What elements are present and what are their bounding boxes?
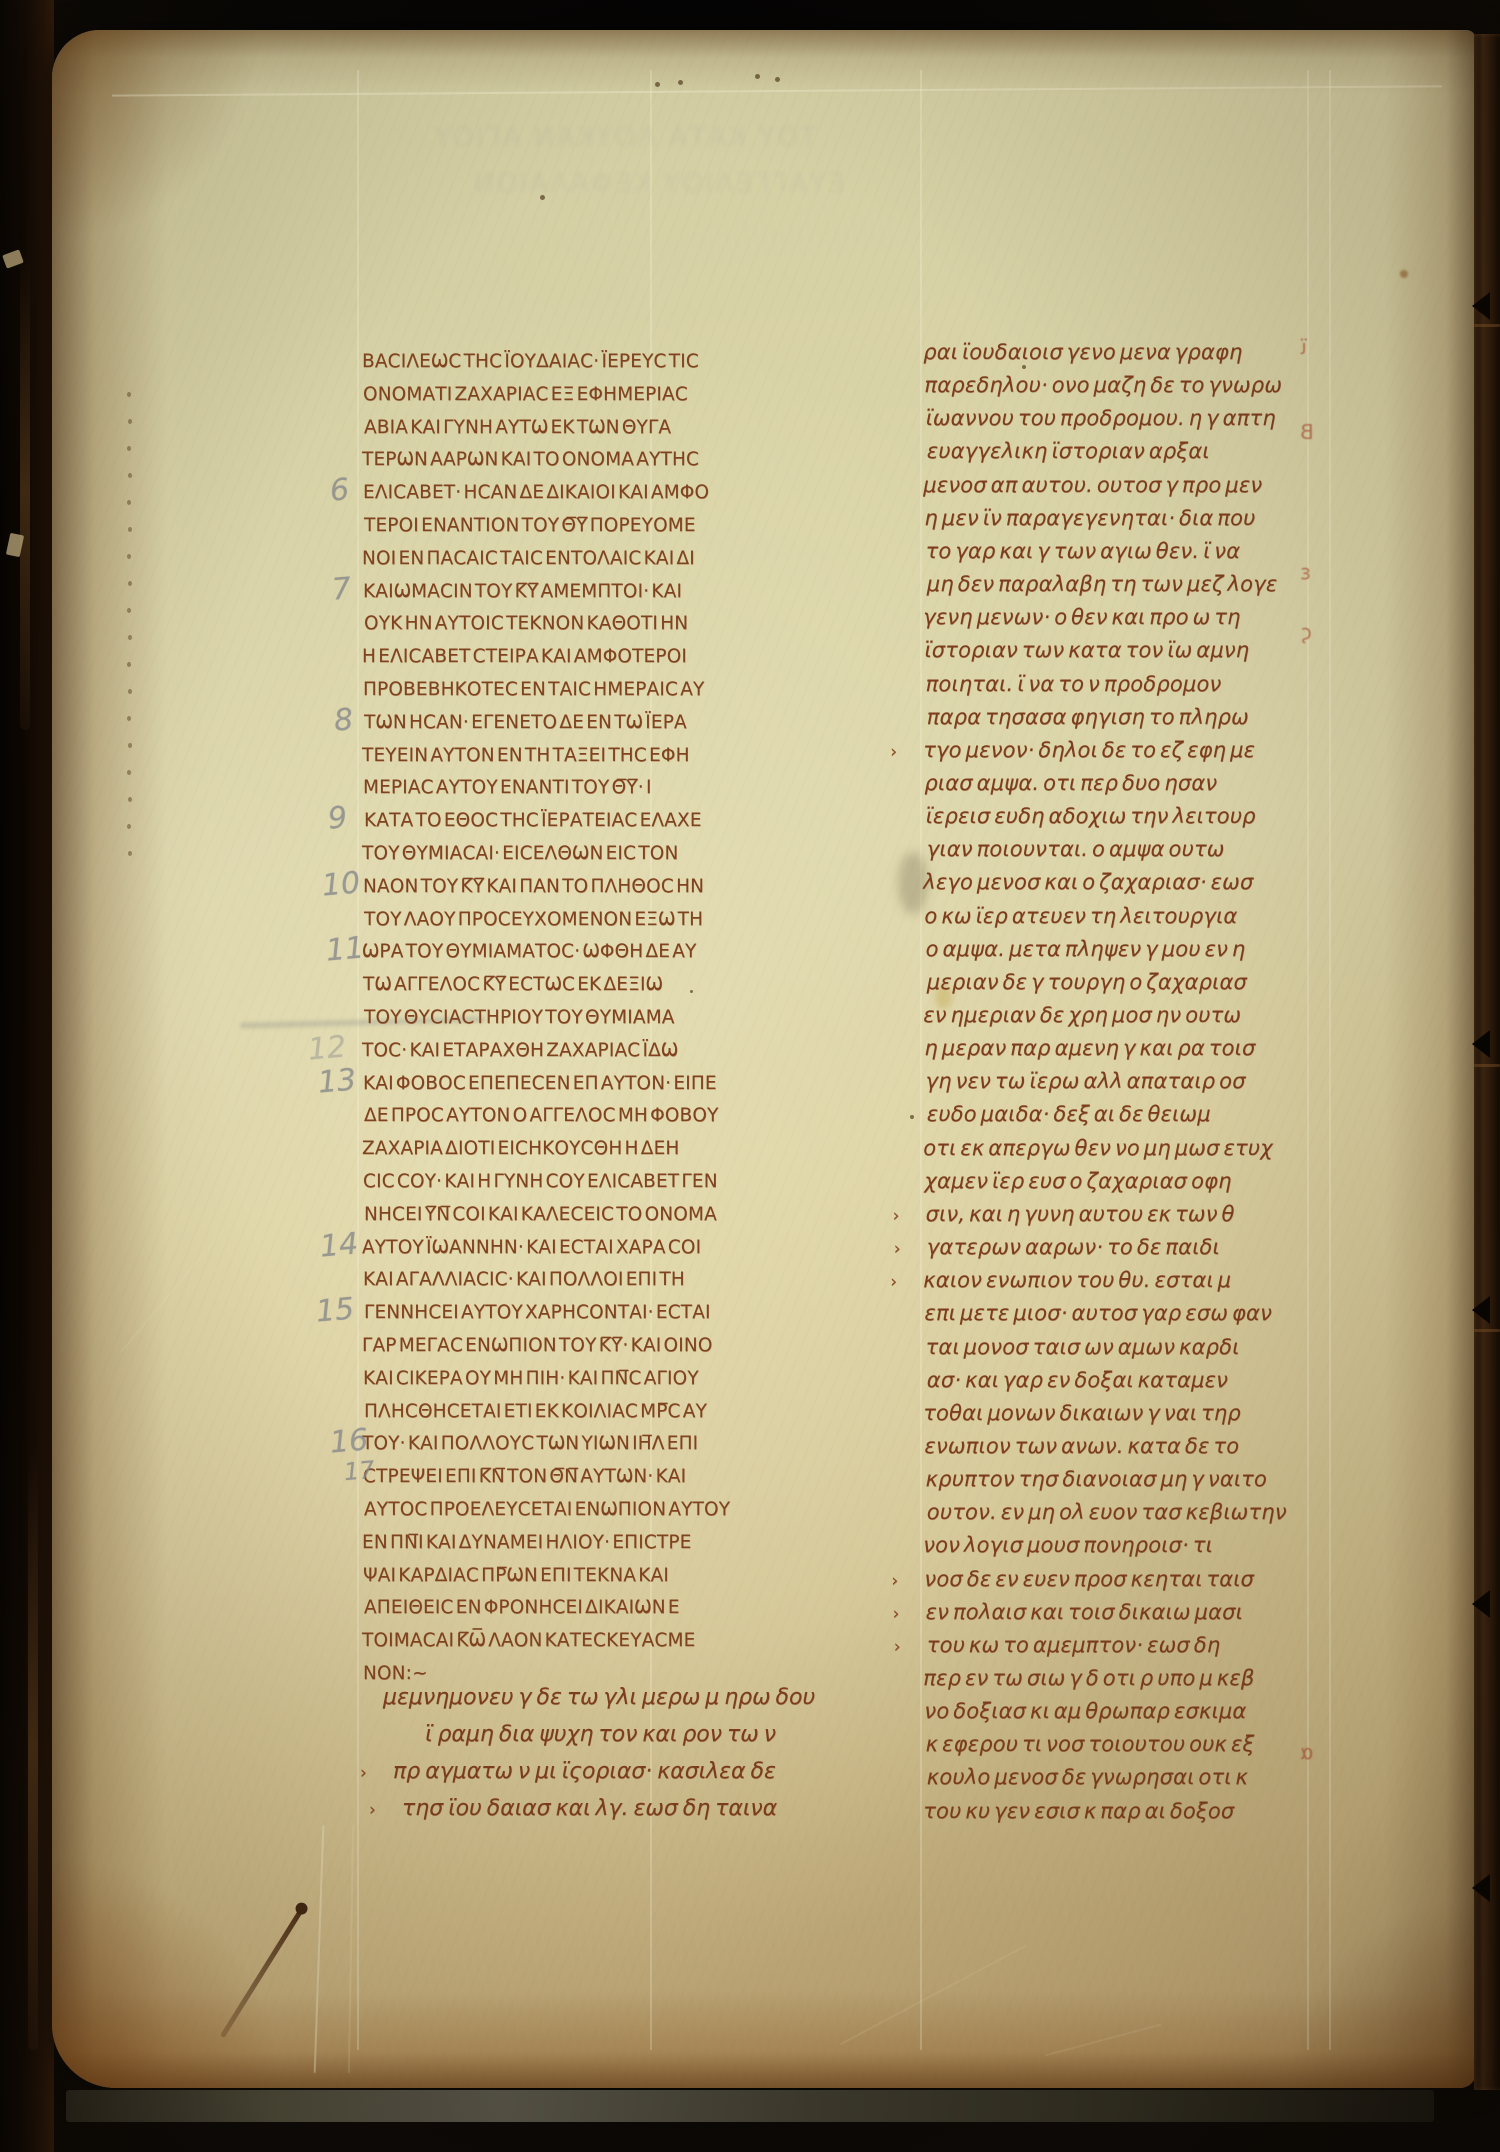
uncial-line: ΤΟΥ ΘΥϹΙΑϹΤΗΡΙΟΥ ΤΟΥ ΘΥΜΙΑΜΑ [364,1006,675,1028]
quire-ridge [1474,1329,1500,1332]
commentary-line: παρα τησασα φηγιση το πληρω [927,705,1249,729]
manuscript-page: ΤΟΥ ΚΑΤΑ ΛΟΥΚΑΝ ΑΓΙΟΥ ΕΥΑΓΓΕΛΙΟΥ ΚΕΦΑΛΑΙ… [52,30,1476,2088]
scratch-line [1045,2024,1161,2057]
show-through-text: ΕΥΑΓΓΕΛΙΟΥ ΚΕΦΑΛΑΙΟΝ [472,168,845,199]
binding-leaf-edge [28,1450,38,2050]
pricking-hole [128,797,132,802]
commentary-line: χαμεν ϊερ ευσ ο ζαχαριασ οφη [924,1169,1231,1193]
pricking-hole [127,824,131,829]
commentary-line: ενωπιον των ανων. κατα δε το [924,1434,1239,1458]
commentary-line: εν ημεριαν δε χρη μοσ ην ουτω [923,1003,1241,1027]
commentary-line: πρ αγματω ν μι ϊςοριασ· κασιλεα δε› [393,1759,776,1784]
commentary-line: τγο μενον· δηλοι δε το εζ εφη με› [923,738,1255,762]
uncial-line: ΤѠΝ ΗϹΑΝ· ΕΓΕΝΕΤΟ ΔΕ ΕΝ ΤѠ ΪΕΡΑ [364,711,687,733]
uncial-line: ΓΑΡ ΜΕΓΑϹ ΕΝѠΠΙΟΝ ΤΟΥ Κ̅Υ̅· ΚΑΙ ΟΙΝΟ [362,1334,713,1356]
diple-mark: › [890,742,897,762]
commentary-line: καιον ενωπιον του θυ. εσται μ› [923,1268,1231,1292]
pricking-hole [128,527,132,532]
uncial-line: ΝΑΟΝ ΤΟΥ Κ̅Υ̅ ΚΑΙ ΠΑΝ ΤΟ ΠΛΗΘΟϹ ΗΝ [363,875,704,897]
uncial-line: ΤΕΥΕΙΝ ΑΥΤΟΝ ΕΝ ΤΗ ΤΑΞΕΙ ΤΗϹ ΕΦΗ [362,744,690,766]
commentary-line: ο κω ϊερ ατευεν τη λειτουργια [924,904,1237,928]
quire-ridge [1474,1064,1500,1067]
verse-number: 9 [327,800,349,837]
commentary-line: ται μονοσ ταισ ων αμων καρδι [926,1335,1240,1359]
commentary-line: μη δεν παραλαβη τη των μεζ λογε [927,572,1278,596]
page-stack-fore-edge [1474,34,1500,2090]
ink-offset-mark: α [1300,1740,1313,1764]
uncial-line: ΤΟΥ ΘΥΜΙΑϹΑΙ· ΕΙϹΕΛΘѠΝ ΕΙϹ ΤΟΝ [362,842,678,864]
commentary-line: ϊερεισ ευδη αδοχιω την λειτουρ [926,804,1256,828]
uncial-line: ΚΑΙ ϹΙΚΕΡΑ ΟΥ ΜΗ ΠΙΗ· ΚΑΙ ΠΝ̅Ϲ ΑΓΙΟΥ [363,1367,699,1389]
commentary-line: γιαν ποιουνται. ο αμψα ουτω [927,837,1225,861]
uncial-line: ΒΑϹΙΛΕѠϹ ΤΗϹ ΪΟΥΔΑΙΑϹ· ΪΕΡΕΥϹ ΤΙϹ [362,350,699,372]
quire-ridge [1474,324,1500,327]
uncial-line: ΓΕΝΝΗϹΕΙ ΑΥΤΟΥ ΧΑΡΗϹΟΝΤΑΙ· ΕϹΤΑΙ [364,1301,711,1323]
uncial-line: ΚΑΙ ΑΓΑΛΛΙΑϹΙϹ· ΚΑΙ ΠΟΛΛΟΙ ΕΠΙ ΤΗ [363,1268,685,1290]
scratch-line [348,1825,354,2073]
diple-mark: › [890,1272,897,1292]
diple-mark: › [369,1800,376,1820]
pricking-hole [127,770,131,775]
quire-notch [1472,1874,1490,1902]
commentary-line: ϊ ραμη δια ψυχη τον και ρον τω ν [425,1722,776,1747]
uncial-line: ΚΑΙѠΜΑϹΙΝ ΤΟΥ Κ̅Υ̅ ΑΜΕΜΠΤΟΙ· ΚΑΙ [363,580,682,602]
uncial-line: ΠΡΟΒΕΒΗΚΟΤΕϹ ΕΝ ΤΑΙϹ ΗΜΕΡΑΙϹ ΑΥ [363,678,704,700]
commentary-line: το γαρ και γ των αγιω θεν. ϊ να [926,539,1241,563]
uncial-line: ΜΕΡΙΑϹ ΑΥΤΟΥ ΕΝΑΝΤΙ ΤΟΥ Θ̅Υ̅· Ι [363,776,652,798]
commentary-line: επι μετε μιοσ· αυτοσ γαρ εσω φαν [924,1301,1272,1325]
commentary-line: ουτον. εν μη ολ ευον τασ κεβιωτην [927,1500,1287,1524]
show-through-text: ΤΟΥ ΚΑΤΑ ΛΟΥΚΑΝ ΑΓΙΟΥ [432,122,817,153]
pricking-hole [127,446,131,451]
pricking-hole [127,500,131,505]
ink-offset-mark: ε [1300,560,1311,584]
commentary-line: η μεραν παρ αμενη γ και ρα τοισ [924,1036,1255,1060]
uncial-line: ΟΥΚ ΗΝ ΑΥΤΟΙϹ ΤΕΚΝΟΝ ΚΑΘΟΤΙ ΗΝ [364,612,688,634]
uncial-line: ΤΟϹ· ΚΑΙ ΕΤΑΡΑΧΘΗ ΖΑΧΑΡΙΑϹ ΪΔѠ [362,1039,678,1061]
uncial-line: ΟΝΟΜΑΤΙ ΖΑΧΑΡΙΑϹ ΕΞ ΕΦΗΜΕΡΙΑϹ [363,383,688,405]
commentary-line: νον λογισ μουσ πονηροισ· τι [923,1533,1213,1557]
speck [775,77,780,82]
quire-notch [1472,1590,1490,1618]
uncial-line: ΖΑΧΑΡΙΑ ΔΙΟΤΙ ΕΙϹΗΚΟΥϹΘΗ Η ΔΕΗ [362,1137,679,1159]
manuscript-photo: { "page": { "left_column": { "lines": [ … [0,0,1500,2152]
uncial-line: ѠΡΑ ΤΟΥ ΘΥΜΙΑΜΑΤΟϹ· ѠΦΘΗ ΔΕ ΑΥ [362,940,697,962]
ink-offset-mark: ς [1300,620,1312,644]
verse-number: 8 [333,702,355,739]
commentary-line: σιν, και η γυνη αυτου εκ των θ› [926,1202,1235,1226]
uncial-line: ΕΝ ΠΝ̅Ι ΚΑΙ ΔΥΝΑΜΕΙ ΗΛΙΟΥ· ΕΠΙϹΤΡΕ [362,1531,692,1553]
pricking-hole [127,392,131,397]
pricking-hole [128,581,132,586]
commentary-line: κρυπτον τησ διανοιασ μη γ ναιτο [926,1467,1267,1491]
uncial-line: ΤѠ ΑΓΓΕΛΟϹ Κ̅Υ̅ ΕϹΤѠϹ ΕΚ ΔΕΞΙѠ [363,973,663,995]
commentary-line: ασ· και γαρ εν δοξαι καταμεν [927,1368,1228,1392]
uncial-line: ΤΟΥ ΛΑΟΥ ΠΡΟϹΕΥΧΟΜΕΝΟΝ ΕΞѠ ΤΗ [364,908,703,930]
pricking-hole [127,662,131,667]
lower-page-edges [66,2090,1434,2122]
commentary-line: ο αμψα. μετα πληψεν γ μου εν η [926,937,1246,961]
commentary-line: μεμνημονευ γ δε τω γλι μερω μ ηρω δου [383,1685,815,1710]
ruling-line [1329,70,1331,2050]
ink-offset-mark: ϊ [1300,335,1307,359]
diple-mark: › [891,1571,898,1591]
verse-number: 6 [329,472,351,509]
verse-number: 14 [319,1226,360,1264]
quire-notch [1472,292,1490,320]
diple-mark: › [360,1763,367,1783]
commentary-line: εν πολαισ και τοισ δικαιω μασι› [926,1600,1243,1624]
commentary-line: ευδο μαιδα· δεξ αι δε θειωμ [927,1102,1211,1126]
verse-number: 16 [329,1423,370,1461]
verse-number: 10 [321,865,362,903]
speck [910,1115,914,1119]
commentary-line: κουλο μενοσ δε γνωρησαι οτι κ [927,1765,1248,1789]
commentary-line: περ εν τω σιω γ δ οτι ρ υπο μ κεβ [923,1666,1254,1690]
commentary-line: ραι ϊουδαιοισ γενο μενα γραφη [923,340,1242,364]
pricking-hole [127,554,131,559]
commentary-line: ριασ αμψα. οτι περ δυο ησαν [924,771,1217,795]
speck [655,82,660,87]
uncial-line: Η ΕΛΙϹΑΒΕΤ ϹΤΕΙΡΑ ΚΑΙ ΑΜΦΟΤΕΡΟΙ [362,645,687,667]
uncial-line: ΝΟΙ ΕΝ ΠΑϹΑΙϹ ΤΑΙϹ ΕΝΤΟΛΑΙϹ ΚΑΙ ΔΙ [362,547,695,569]
commentary-line: ευαγγελικη ϊστοριαν αρξαι [927,439,1210,463]
uncial-line: ΤΟΙΜΑϹΑΙ Κ̅Ѡ̅ ΛΑΟΝ ΚΑΤΕϹΚΕΥΑϹΜΕ [362,1629,695,1651]
uncial-line: ϹΙϹ ϹΟΥ· ΚΑΙ Η ΓΥΝΗ ϹΟΥ ΕΛΙϹΑΒΕΤ ΓΕΝ [363,1170,718,1192]
uncial-line: ΑΠΕΙΘΕΙϹ ΕΝ ΦΡΟΝΗϹΕΙ ΔΙΚΑΙѠΝ Ε [364,1596,680,1618]
ruling-line [112,85,1442,96]
diple-mark: › [894,1239,901,1259]
ruling-line [357,70,359,2050]
uncial-line: ΠΛΗϹΘΗϹΕΤΑΙ ΕΤΙ ΕΚ ΚΟΙΛΙΑϹ ΜΡ̅Ϲ ΑΥ [364,1400,707,1422]
verse-number: 13 [317,1062,358,1100]
commentary-line: ϊστοριαν των κατα τον ϊω αμνη [924,638,1249,662]
diple-mark: › [893,1206,900,1226]
scratch-line [840,1945,1026,2045]
uncial-line: ΤΕΡΟΙ ΕΝΑΝΤΙΟΝ ΤΟΥ Θ̅Υ̅ ΠΟΡΕΥΟΜΕ [364,514,696,536]
diple-mark: › [894,1637,901,1657]
ink-offset-mark: Β [1300,420,1314,444]
uncial-line: ΚΑΙ ΦΟΒΟϹ ΕΠΕΠΕϹΕΝ ΕΠ ΑΥΤΟΝ· ΕΙΠΕ [363,1072,717,1094]
commentary-line: νοσ δε εν ευεν προσ κεηται ταισ› [924,1567,1254,1591]
uncial-line: ΤΕΡѠΝ ΑΑΡѠΝ ΚΑΙ ΤΟ ΟΝΟΜΑ ΑΥΤΗϹ [362,448,699,470]
pricking-hole [128,635,132,640]
ink-pen-trial [220,1907,305,2039]
quire-notch [1472,1030,1490,1058]
speck [678,80,683,85]
verse-number: 7 [331,571,353,608]
uncial-line: ΨΑΙ ΚΑΡΔΙΑϹ ΠΡ̅ѠΝ ΕΠΙ ΤΕΚΝΑ ΚΑΙ [363,1564,669,1586]
commentary-line: οτι εκ απεργω θεν νο μη μωσ ετυχ [923,1136,1273,1160]
pricking-hole [127,608,131,613]
quire-notch [1472,1296,1490,1324]
uncial-line: ΔΕ ΠΡΟϹ ΑΥΤΟΝ Ο ΑΓΓΕΛΟϹ ΜΗ ΦΟΒΟΥ [364,1104,719,1126]
commentary-line: τοθαι μονων δικαιων γ ναι τηρ [923,1401,1241,1425]
diple-mark: › [893,1604,900,1624]
pricking-hole [128,473,132,478]
pricking-hole [128,851,132,856]
uncial-line: ΑΥΤΟΥ ΪѠΑΝΝΗΝ· ΚΑΙ ΕϹΤΑΙ ΧΑΡΑ ϹΟΙ [362,1236,701,1258]
commentary-line: ϊωαννου του προδρομου. η γ απτη [926,406,1276,430]
commentary-line: του κω το αμεμπτον· εωσ δη› [927,1633,1221,1657]
uncial-line: ϹΤΡΕΨΕΙ ΕΠΙ Κ̅Ν̅ ΤΟΝ Θ̅Ν̅ ΑΥΤѠΝ· ΚΑΙ [363,1465,686,1487]
verse-number: 17 [343,1456,376,1487]
pricking-hole [128,689,132,694]
uncial-line: ΕΛΙϹΑΒΕΤ· ΗϹΑΝ ΔΕ ΔΙΚΑΙΟΙ ΚΑΙ ΑΜΦΟ [363,481,709,503]
speck [755,74,760,79]
commentary-line: γατερων ααρων· το δε παιδι› [927,1235,1220,1259]
commentary-line: παρεδηλου· ονο μαζη δε το γνωρω [924,373,1282,397]
commentary-line: μεριαν δε γ τουργη ο ζαχαριασ [927,970,1247,994]
ruling-line [920,70,922,2050]
commentary-line: ποιηται. ϊ να το ν προδρομον [926,672,1222,696]
scratch-line [121,1228,225,1352]
speck [690,990,693,993]
commentary-line: λεγο μενοσ και ο ζαχαριασ· εωσ [923,870,1253,894]
uncial-line: ΑΒΙΑ ΚΑΙ ΓΥΝΗ ΑΥΤѠ ΕΚ ΤѠΝ ΘΥΓΑ [364,416,671,438]
uncial-line: ΚΑΤΑ ΤΟ ΕΘΟϹ ΤΗϹ ΪΕΡΑΤΕΙΑϹ ΕΛΑΧΕ [364,809,702,831]
commentary-line: του κυ γεν εσισ κ παρ αι δοξοσ [923,1799,1234,1823]
pricking-hole [128,743,132,748]
uncial-line: ΤΟΥ· ΚΑΙ ΠΟΛΛΟΥϹ ΤѠΝ ΥΙѠΝ ΙΗ̅Λ ΕΠΙ [362,1432,698,1454]
commentary-line: γενη μενων· ο θεν και προ ω τη [923,605,1240,629]
verse-number: 11 [325,931,366,969]
speck [1022,365,1026,369]
commentary-line: μενοσ απ αυτου. ουτοσ γ προ μεν [923,473,1262,497]
commentary-line: γη νεν τω ϊερω αλλ απαταιρ οσ [926,1069,1246,1093]
verse-number: 12 [307,1029,348,1067]
stain [1400,270,1408,278]
commentary-line: κ εφερου τι νοσ τοιουτου ουκ εξ [926,1732,1255,1756]
binding-leaf-edge [20,250,30,730]
verse-number: 15 [315,1292,356,1330]
pricking-hole [128,419,132,424]
commentary-line: νο δοξιασ κι αμ θρωπαρ εσκιμα [924,1699,1246,1723]
pricking-hole [127,716,131,721]
uncial-line: ΝΟΝ:~ [363,1662,428,1684]
commentary-line: τησ ϊου δαιασ και λγ. εωσ δη ταινα› [402,1796,777,1821]
scratch-line [314,1825,325,2073]
uncial-line: ΝΗϹΕΙ Υ̅Ν̅ ϹΟΙ ΚΑΙ ΚΑΛΕϹΕΙϹ ΤΟ ΟΝΟΜΑ [364,1203,717,1225]
uncial-line: ΑΥΤΟϹ ΠΡΟΕΛΕΥϹΕΤΑΙ ΕΝѠΠΙΟΝ ΑΥΤΟΥ [364,1498,730,1520]
commentary-line: η μεν ϊν παραγεγενηται· δια που [924,506,1255,530]
